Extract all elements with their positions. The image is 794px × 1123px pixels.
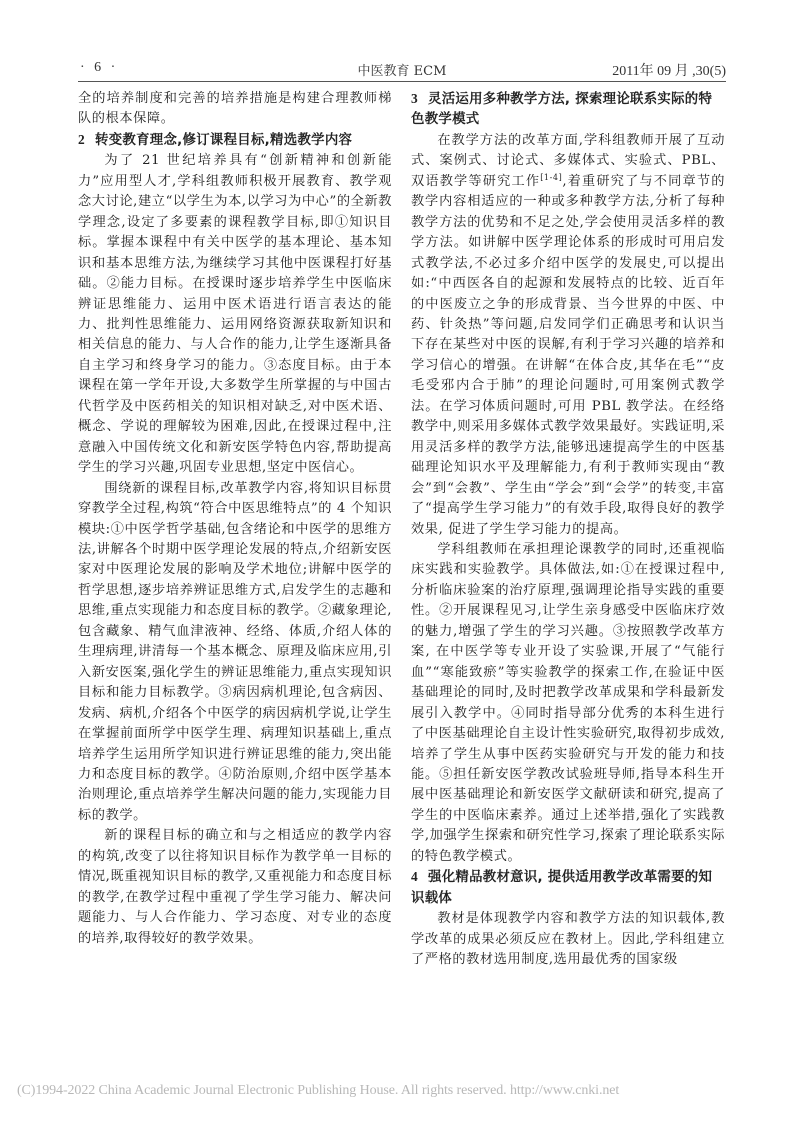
copyright-text: (C)1994-2022 China Academic Journal Elec… — [17, 1083, 619, 1099]
paragraph: 为了 21 世纪培养具有“创新精神和创新能力”应用型人才,学科组教师积极开展教育… — [78, 151, 392, 478]
left-column: 全的培养制度和完善的培养措施是构建合理教师梯队的根本保障。 2转变教育理念,修订… — [78, 89, 392, 949]
section-heading-4: 4强化精品教材意识, 提供适用教学改革需要的知识载体 — [411, 867, 725, 909]
section-title: 强化精品教材意识, 提供适用教学改革需要的知识载体 — [411, 870, 712, 905]
section-heading-2: 2转变教育理念,修订课程目标,精选教学内容 — [78, 130, 392, 151]
header-rule — [78, 81, 726, 82]
section-number: 3 — [411, 91, 418, 106]
section-heading-3: 3灵活运用多种教学方法, 探索理论联系实际的特色教学模式 — [411, 89, 725, 131]
right-column: 3灵活运用多种教学方法, 探索理论联系实际的特色教学模式 在教学方法的改革方面,… — [411, 89, 725, 970]
section-title: 灵活运用多种教学方法, 探索理论联系实际的特色教学模式 — [411, 92, 712, 127]
paragraph: 学科组教师在承担理论课教学的同时,还重视临床实践和实验教学。具体做法,如:①在授… — [411, 540, 725, 867]
issue-date: 2011年 09 月 ,30(5) — [612, 60, 726, 80]
section-number: 2 — [78, 132, 85, 147]
paragraph: 教材是体现教学内容和教学方法的知识载体,教学改革的成果必须反应在教材上。因此,学… — [411, 909, 725, 970]
section-title: 转变教育理念,修订课程目标,精选教学内容 — [95, 133, 352, 148]
paragraph: 新的课程目标的确立和与之相适应的教学内容的构筑,改变了以往将知识目标作为教学单一… — [78, 826, 392, 949]
citation[interactable]: [1-4] — [540, 173, 562, 182]
paragraph: 在教学方法的改革方面,学科组教师开展了互动式、案例式、讨论式、多媒体式、实验式、… — [411, 131, 725, 540]
paragraph-text: ,着重研究了与不同章节的教学内容相适应的一种或多种教学方法,分析了每种教学方法的… — [411, 174, 725, 537]
running-header: · 6 · 中医教育 ECM 2011年 09 月 ,30(5) — [78, 58, 726, 80]
paragraph-continued: 全的培养制度和完善的培养措施是构建合理教师梯队的根本保障。 — [78, 89, 392, 130]
section-number: 4 — [411, 869, 418, 884]
paragraph: 围绕新的课程目标,改革教学内容,将知识目标贯穿教学全过程,构筑“符合中医思维特点… — [78, 479, 392, 827]
